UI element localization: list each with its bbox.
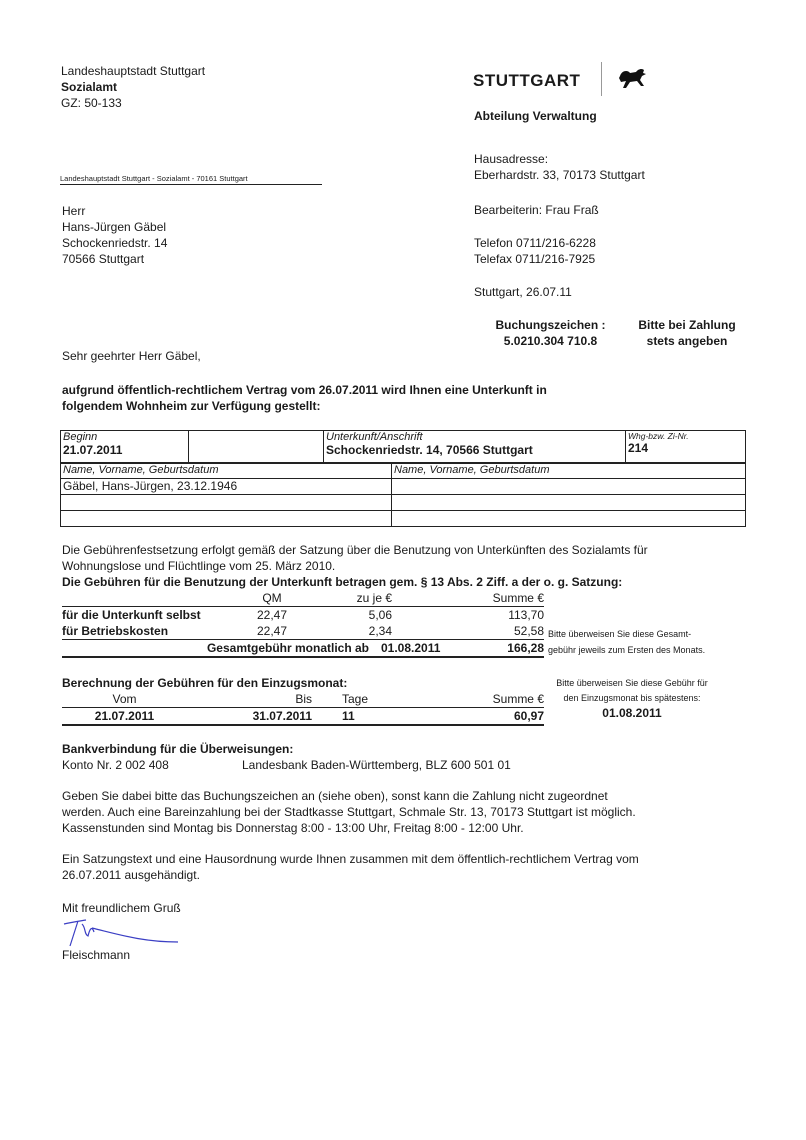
person-header-right: Name, Vorname, Geburtsdatum: [392, 464, 746, 479]
office-department: Abteilung Verwaltung: [474, 109, 597, 123]
fees-intro-line1: Die Gebührenfestsetzung erfolgt gemäß de…: [62, 542, 648, 558]
move-in-due-date: 01.08.2011: [546, 706, 718, 721]
recipient-name: Hans-Jürgen Gäbel: [62, 219, 167, 235]
bank-title: Bankverbindung für die Überweisungen:: [62, 742, 293, 756]
begin-value: 21.07.2011: [63, 443, 186, 457]
booking-number: 5.0210.304 710.8: [483, 333, 618, 349]
divider: [62, 656, 544, 658]
phone: Telefon 0711/216-6228: [474, 235, 596, 251]
bank-account: Konto Nr. 2 002 408: [62, 758, 169, 772]
intro-line1: aufgrund öffentlich-rechtlichem Vertrag …: [62, 382, 547, 398]
room-value: 214: [628, 441, 743, 455]
clerk: Bearbeiterin: Frau Fraß: [474, 203, 599, 217]
move-in-header-to: Bis: [187, 691, 312, 707]
address-value: Eberhardstr. 33, 70173 Stuttgart: [474, 167, 645, 183]
move-in-note-line1: Bitte überweisen Sie diese Gebühr für: [546, 676, 718, 691]
fee-total-row: Gesamtgebühr monatlich ab 01.08.2011 166…: [62, 640, 544, 656]
address-label: Unterkunft/Anschrift: [326, 431, 623, 443]
sender-block: Landeshauptstadt Stuttgart Sozialamt GZ:…: [61, 63, 205, 111]
bank-name: Landesbank Baden-Württemberg, BLZ 600 50…: [242, 758, 511, 772]
accommodation-table: Beginn 21.07.2011 Unterkunft/Anschrift S…: [60, 430, 746, 527]
fee-row-qm: 22,47: [232, 623, 312, 639]
fees-header-qm: QM: [232, 590, 312, 606]
address-value: Schockenriedstr. 14, 70566 Stuttgart: [326, 443, 623, 457]
move-in-note-line2: den Einzugsmonat bis spätestens:: [546, 691, 718, 706]
fees-note-line2: gebühr jeweils zum Ersten des Monats.: [548, 642, 705, 658]
fee-row-qm: 22,47: [232, 607, 312, 623]
sender-dept: Sozialamt: [61, 79, 205, 95]
fees-header-label: [62, 590, 232, 606]
fee-row: für die Unterkunft selbst 22,47 5,06 113…: [62, 607, 544, 623]
signer-name: Fleischmann: [62, 948, 130, 962]
booking-hint-line1: Bitte bei Zahlung: [628, 317, 746, 333]
fees-note: Bitte überweisen Sie diese Gesamt- gebüh…: [548, 626, 705, 658]
payment-instructions-line3: Kassenstunden sind Montag bis Donnerstag…: [62, 820, 636, 836]
fees-header-rate: zu je €: [312, 590, 392, 606]
fees-table: QM zu je € Summe € für die Unterkunft se…: [62, 590, 544, 658]
intro-text: aufgrund öffentlich-rechtlichem Vertrag …: [62, 382, 547, 414]
move-in-header-days: Tage: [312, 691, 412, 707]
fax: Telefax 0711/216-7925: [474, 251, 596, 267]
divider: [62, 724, 544, 726]
office-address-block: Hausadresse: Eberhardstr. 33, 70173 Stut…: [474, 151, 645, 183]
fee-row-label: für die Unterkunft selbst: [62, 607, 232, 623]
payment-instructions: Geben Sie dabei bitte das Buchungszeiche…: [62, 788, 636, 836]
person-row: [61, 511, 392, 527]
payment-instructions-line2: werden. Auch eine Bareinzahlung bei der …: [62, 804, 636, 820]
booking-label: Buchungszeichen :: [483, 317, 618, 333]
fees-header-sum: Summe €: [454, 590, 544, 606]
room-label: Whg-bzw. Zi-Nr.: [628, 431, 743, 441]
person-header-left: Name, Vorname, Geburtsdatum: [61, 464, 392, 479]
recipient-city: 70566 Stuttgart: [62, 251, 167, 267]
move-in-note: Bitte überweisen Sie diese Gebühr für de…: [546, 676, 718, 721]
address-label: Hausadresse:: [474, 151, 645, 167]
statute-note-line2: 26.07.2011 ausgehändigt.: [62, 867, 639, 883]
fee-total-label: Gesamtgebühr monatlich ab: [62, 640, 381, 656]
letter-date: Stuttgart, 26.07.11: [474, 285, 572, 299]
move-in-row: 21.07.2011 31.07.2011 11 60,97: [62, 708, 544, 724]
fee-row: für Betriebskosten 22,47 2,34 52,58: [62, 623, 544, 639]
intro-line2: folgendem Wohnheim zur Verfügung gestell…: [62, 398, 547, 414]
contact-block: Telefon 0711/216-6228 Telefax 0711/216-7…: [474, 235, 596, 267]
move-in-to: 31.07.2011: [187, 708, 312, 724]
move-in-from: 21.07.2011: [62, 708, 187, 724]
person-row: Gäbel, Hans-Jürgen, 23.12.1946: [61, 479, 392, 495]
sender-gz: GZ: 50-133: [61, 95, 205, 111]
fees-note-line1: Bitte überweisen Sie diese Gesamt-: [548, 626, 705, 642]
fee-row-sum: 52,58: [454, 623, 544, 639]
fee-row-rate: 2,34: [312, 623, 392, 639]
statute-note-line1: Ein Satzungstext und eine Hausordnung wu…: [62, 851, 639, 867]
fees-intro: Die Gebührenfestsetzung erfolgt gemäß de…: [62, 542, 648, 590]
booking-hint: Bitte bei Zahlung stets angeben: [628, 317, 746, 349]
recipient-street: Schockenriedstr. 14: [62, 235, 167, 251]
logo-divider: [601, 62, 602, 96]
move-in-sum: 60,97: [412, 708, 544, 724]
move-in-days: 11: [312, 708, 412, 724]
move-in-title: Berechnung der Gebühren für den Einzugsm…: [62, 676, 347, 690]
fee-row-label: für Betriebskosten: [62, 623, 232, 639]
booking-hint-line2: stets angeben: [628, 333, 746, 349]
move-in-header-sum: Summe €: [412, 691, 544, 707]
sender-org: Landeshauptstadt Stuttgart: [61, 63, 205, 79]
fee-row-rate: 5,06: [312, 607, 392, 623]
booking-reference: Buchungszeichen : 5.0210.304 710.8: [483, 317, 618, 349]
return-address: Landeshauptstadt Stuttgart - Sozialamt -…: [60, 174, 322, 185]
fee-row-sum: 113,70: [454, 607, 544, 623]
city-logo-text: STUTTGART: [473, 71, 580, 91]
fee-total-sum: 166,28: [471, 640, 544, 656]
regards: Mit freundlichem Gruß: [62, 901, 181, 915]
begin-label: Beginn: [63, 431, 186, 443]
recipient-address: Herr Hans-Jürgen Gäbel Schockenriedstr. …: [62, 203, 167, 267]
fees-intro-line3: Die Gebühren für die Benutzung der Unter…: [62, 574, 648, 590]
move-in-header-from: Vom: [62, 691, 187, 707]
statute-note: Ein Satzungstext und eine Hausordnung wu…: [62, 851, 639, 883]
fees-intro-line2: Wohnungslose und Flüchtlinge vom 25. Mär…: [62, 558, 648, 574]
greeting: Sehr geehrter Herr Gäbel,: [62, 349, 201, 363]
person-row: [61, 495, 392, 511]
horse-emblem-icon: [616, 66, 648, 95]
recipient-salutation: Herr: [62, 203, 167, 219]
move-in-table: Vom Bis Tage Summe € 21.07.2011 31.07.20…: [62, 691, 544, 726]
payment-instructions-line1: Geben Sie dabei bitte das Buchungszeiche…: [62, 788, 636, 804]
fee-total-date: 01.08.2011: [381, 640, 471, 656]
